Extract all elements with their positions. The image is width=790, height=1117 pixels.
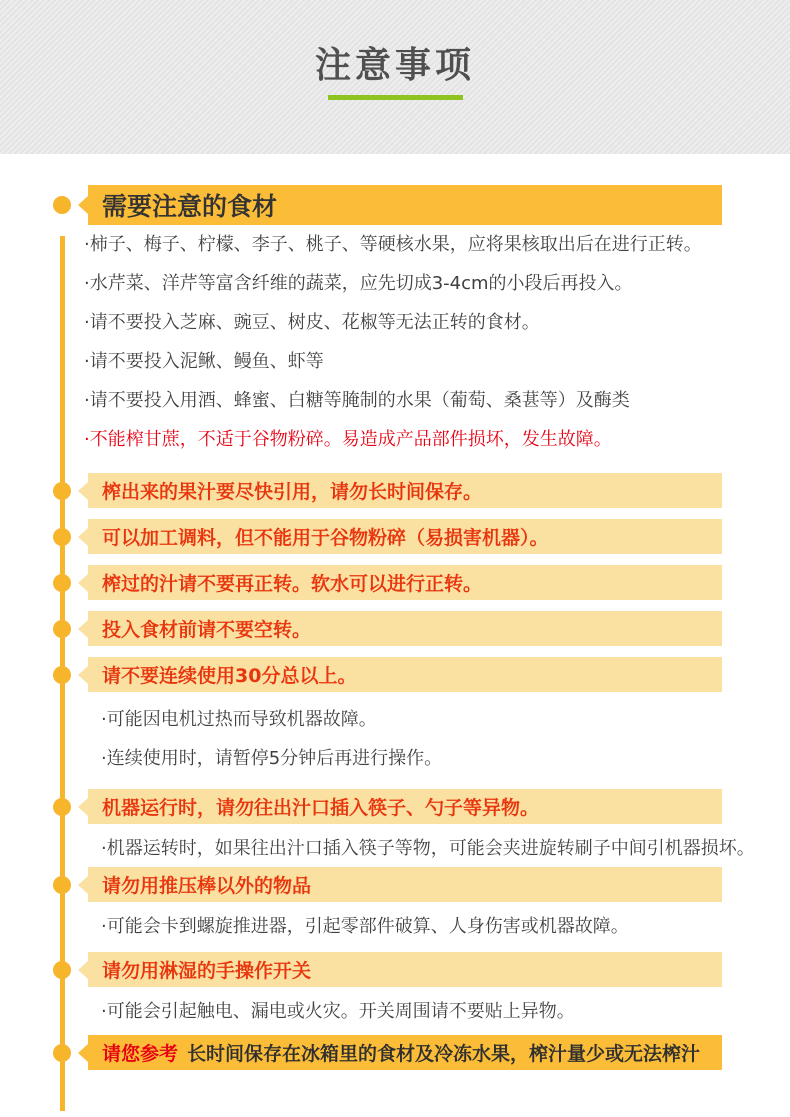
bar-arrow-notch-icon (78, 196, 88, 214)
notice-bar: 请不要连续使用30分总以上。 (88, 657, 722, 692)
notice-bar: 机器运行时，请勿往出汁口插入筷子、勺子等异物。 (88, 789, 722, 824)
notice-text: 可以加工调料，但不能用于谷物粉碎（易损害机器）。 (102, 523, 549, 550)
title-underline-decoration (328, 95, 463, 100)
list-item-warning: ·不能榨甘蔗，不适于谷物粉碎。易造成产品部件损坏，发生故障。 (84, 420, 790, 459)
notice-bar: 请勿用淋湿的手操作开关 (88, 952, 722, 987)
notice-bar: 榨出来的果汁要尽快引用，请勿长时间保存。 (88, 473, 722, 508)
notice-text: 投入食材前请不要空转。 (102, 615, 311, 642)
page-title: 注意事项 (0, 46, 790, 86)
note-item: ·连续使用时，请暂停5分钟后再进行操作。 (101, 739, 790, 778)
food-warning-list: ·柿子、梅子、柠檬、李子、桃子、等硬核水果，应将果核取出后在进行正转。 ·水芹菜… (84, 225, 790, 459)
list-item: ·柿子、梅子、柠檬、李子、桃子、等硬核水果，应将果核取出后在进行正转。 (84, 225, 790, 264)
section-header-bar: 需要注意的食材 (88, 185, 722, 225)
timeline-bullet-icon (53, 620, 71, 638)
bar-arrow-notch-icon (78, 574, 88, 592)
timeline-bullet-icon (53, 196, 71, 214)
notice-bar: 请勿用推压棒以外的物品 (88, 867, 722, 902)
notice-text: 请勿用淋湿的手操作开关 (102, 956, 311, 983)
timeline-bullet-icon (53, 574, 71, 592)
note-item: ·机器运转时，如果往出汁口插入筷子等物，可能会夹进旋转刷子中间引机器损坏。 (101, 834, 773, 863)
bar-arrow-notch-icon (78, 798, 88, 816)
precautions-content: 需要注意的食材 ·柿子、梅子、柠檬、李子、桃子、等硬核水果，应将果核取出后在进行… (0, 185, 790, 1070)
timeline-bullet-icon (53, 961, 71, 979)
reference-text: 长时间保存在冰箱里的食材及冷冻水果，榨汁量少或无法榨汁 (187, 1039, 700, 1066)
bar-arrow-notch-icon (78, 482, 88, 500)
bar-arrow-notch-icon (78, 666, 88, 684)
reference-label: 请您参考 (102, 1039, 178, 1066)
list-item: ·请不要投入泥鳅、鳗鱼、虾等 (84, 342, 790, 381)
page: 注意事项 需要注意的食材 ·柿子、梅子、柠檬、李子、桃子、等硬核水果，应将果核取… (0, 0, 790, 1117)
notice-bar: 可以加工调料，但不能用于谷物粉碎（易损害机器）。 (88, 519, 722, 554)
page-header: 注意事项 (0, 0, 790, 154)
reference-bar: 请您参考 长时间保存在冰箱里的食材及冷冻水果，榨汁量少或无法榨汁 (88, 1035, 722, 1070)
bar-arrow-notch-icon (78, 620, 88, 638)
notice-text: 请勿用推压棒以外的物品 (102, 871, 311, 898)
notice-bar: 榨过的汁请不要再正转。软水可以进行正转。 (88, 565, 722, 600)
notice-text: 请不要连续使用30分总以上。 (102, 661, 356, 688)
timeline-bullet-icon (53, 876, 71, 894)
section-title: 需要注意的食材 (102, 187, 277, 223)
list-item: ·请不要投入用酒、蜂蜜、白糖等腌制的水果（葡萄、桑葚等）及酶类 (84, 381, 790, 420)
timeline-bullet-icon (53, 798, 71, 816)
note-list: ·可能因电机过热而导致机器故障。 ·连续使用时，请暂停5分钟后再进行操作。 (101, 700, 790, 778)
timeline-bullet-icon (53, 1044, 71, 1062)
list-item: ·请不要投入芝麻、豌豆、树皮、花椒等无法正转的食材。 (84, 303, 790, 342)
timeline-bullet-icon (53, 666, 71, 684)
notice-text: 榨过的汁请不要再正转。软水可以进行正转。 (102, 569, 482, 596)
bar-arrow-notch-icon (78, 961, 88, 979)
bar-arrow-notch-icon (78, 876, 88, 894)
timeline-bullet-icon (53, 482, 71, 500)
note-item: ·可能会卡到螺旋推进器，引起零部件破算、人身伤害或机器故障。 (101, 908, 790, 946)
bar-arrow-notch-icon (78, 1044, 88, 1062)
notice-text: 榨出来的果汁要尽快引用，请勿长时间保存。 (102, 477, 482, 504)
note-item: ·可能因电机过热而导致机器故障。 (101, 700, 790, 739)
note-item: ·可能会引起触电、漏电或火灾。开关周围请不要贴上异物。 (101, 993, 790, 1031)
timeline-bullet-icon (53, 528, 71, 546)
notice-bar: 投入食材前请不要空转。 (88, 611, 722, 646)
list-item: ·水芹菜、洋芹等富含纤维的蔬菜，应先切成3-4cm的小段后再投入。 (84, 264, 790, 303)
notice-text: 机器运行时，请勿往出汁口插入筷子、勺子等异物。 (102, 793, 539, 820)
bar-arrow-notch-icon (78, 528, 88, 546)
